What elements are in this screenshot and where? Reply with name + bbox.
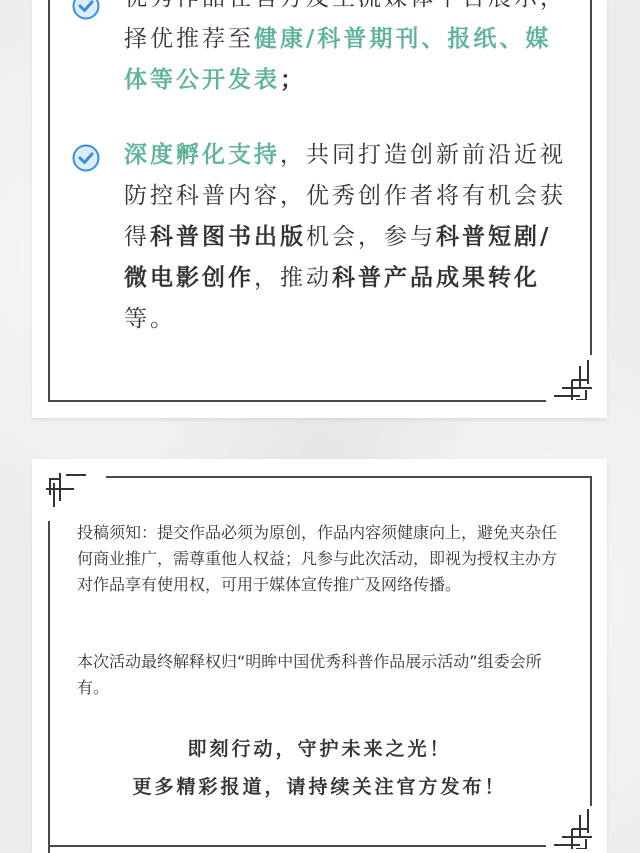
frame-bottom-line bbox=[48, 400, 546, 402]
check-circle-icon bbox=[72, 144, 100, 172]
corner-ornament-icon bbox=[554, 360, 594, 400]
check-circle-icon bbox=[72, 0, 100, 20]
interpretation-notice: 本次活动最终解释权归“明眸中国优秀科普作品展示活动”组委会所有。 bbox=[77, 649, 567, 701]
benefits-card: 优秀作品在官方及主流媒体平台展示， 择优推荐至健康/科普期刊、报纸、媒 体等公开… bbox=[32, 0, 607, 418]
corner-ornament-icon bbox=[46, 471, 86, 511]
benefit-text: 优秀作品在官方及主流媒体平台展示， 择优推荐至健康/科普期刊、报纸、媒 体等公开… bbox=[124, 0, 577, 101]
frame-top-line bbox=[106, 476, 592, 478]
benefit-text: 深度孵化支持，共同打造创新前沿近视 防控科普内容，优秀创作者将有机会获 得科普图… bbox=[124, 135, 577, 340]
frame-right-line bbox=[590, 0, 592, 355]
frame-left-line bbox=[48, 0, 50, 401]
frame-bottom-line bbox=[48, 845, 546, 847]
cta-line-1: 即刻行动，守护未来之光！ bbox=[32, 731, 607, 768]
submission-notice: 投稿须知：提交作品必须为原创，作品内容须健康向上，避免夹杂任何商业推广，需尊重他… bbox=[77, 520, 567, 598]
notice-card: 投稿须知：提交作品必须为原创，作品内容须健康向上，避免夹杂任何商业推广，需尊重他… bbox=[32, 459, 607, 853]
corner-ornament-icon bbox=[554, 809, 594, 849]
cta-line-2: 更多精彩报道，请持续关注官方发布！ bbox=[32, 769, 607, 806]
benefit-item-incubation: 深度孵化支持，共同打造创新前沿近视 防控科普内容，优秀创作者将有机会获 得科普图… bbox=[72, 135, 577, 345]
benefit-item-publication: 优秀作品在官方及主流媒体平台展示， 择优推荐至健康/科普期刊、报纸、媒 体等公开… bbox=[72, 0, 577, 108]
